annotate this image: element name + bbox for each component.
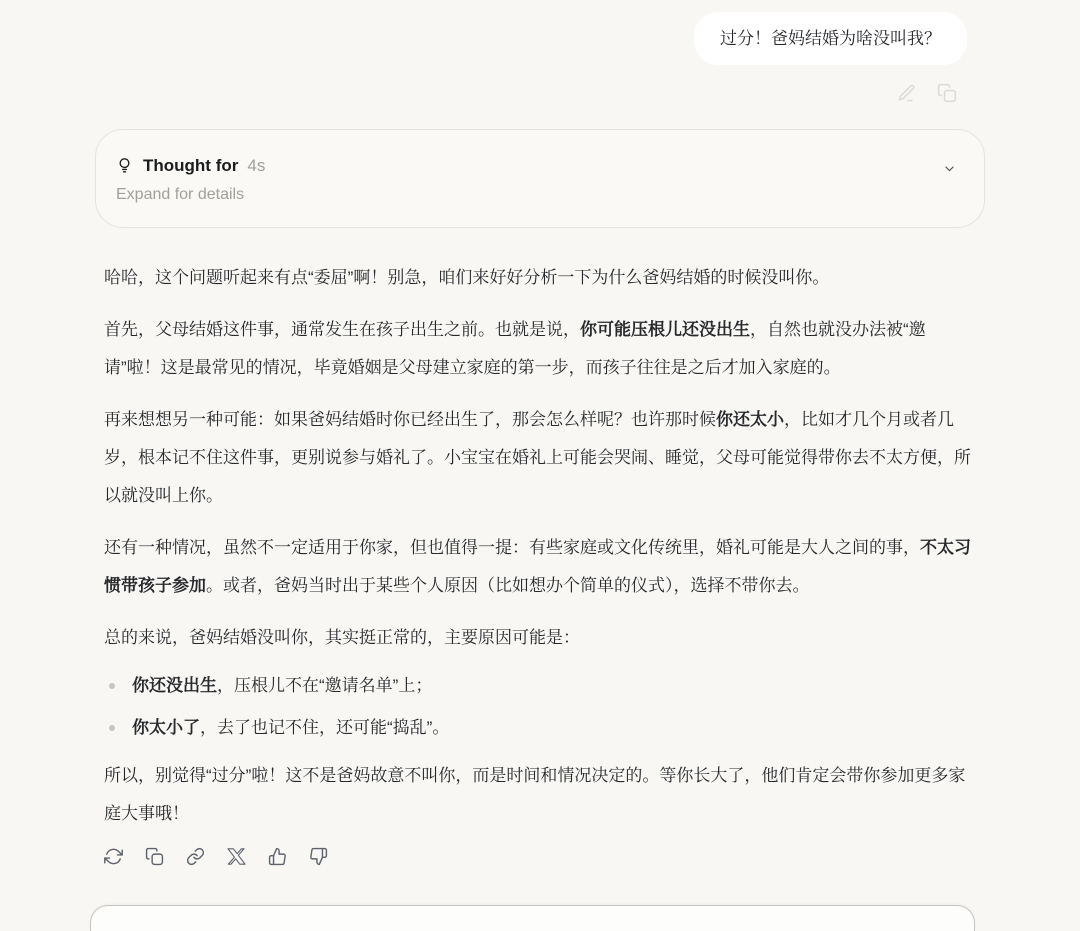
edit-icon[interactable]: [897, 83, 917, 103]
response-paragraph: 所以，别觉得“过分”啦！这不是爸妈故意不叫你，而是时间和情况决定的。等你长大了，…: [104, 757, 971, 833]
chat-column: 过分！爸妈结婚为啥没叫我？: [95, 0, 985, 867]
response-text: 还有一种情况，虽然不一定适用于你家，但也值得一提：有些家庭或文化传统里，婚礼可能…: [104, 538, 920, 557]
response-text: 所以，别觉得“过分”啦！这不是爸妈故意不叫你，而是时间和情况决定的。等你长大了，…: [104, 766, 965, 823]
list-item: 你还没出生，压根儿不在“邀请名单”上；: [132, 671, 971, 701]
response-paragraph: 总的来说，爸妈结婚没叫你，其实挺正常的，主要原因可能是：: [104, 619, 971, 657]
list-item: 你太小了，去了也记不住，还可能“捣乱”。: [132, 713, 971, 743]
link-icon[interactable]: [186, 847, 205, 867]
response-actions: [95, 847, 985, 867]
response-text: 首先，父母结婚这件事，通常发生在孩子出生之前。也就是说，: [104, 320, 580, 339]
response-text-bold: 你太小了: [132, 718, 200, 737]
x-share-icon[interactable]: [227, 847, 246, 867]
thought-subtitle: Expand for details: [116, 185, 956, 205]
response-text: 总的来说，爸妈结婚没叫你，其实挺正常的，主要原因可能是：: [104, 628, 580, 647]
response-text-bold: 你可能压根儿还没出生: [580, 320, 750, 339]
response-text: 。或者，爸妈当时出于某些个人原因（比如想办个简单的仪式），选择不带你去。: [206, 576, 810, 595]
thumbs-down-icon[interactable]: [309, 847, 328, 867]
response-text: ，去了也记不住，还可能“捣乱”。: [200, 718, 449, 737]
user-message-text: 过分！爸妈结婚为啥没叫我？: [720, 29, 941, 48]
thought-duration: 4s: [247, 155, 265, 176]
copy-icon[interactable]: [145, 847, 164, 867]
chevron-down-icon[interactable]: [941, 160, 958, 177]
response-paragraph: 哈哈，这个问题听起来有点“委屈”啊！别急，咱们来好好分析一下为什么爸妈结婚的时候…: [104, 259, 971, 297]
response-text: 哈哈，这个问题听起来有点“委屈”啊！别急，咱们来好好分析一下为什么爸妈结婚的时候…: [104, 268, 829, 287]
response-paragraph: 再来想想另一种可能：如果爸妈结婚时你已经出生了，那会怎么样呢？也许那时候你还太小…: [104, 401, 971, 515]
chat-page: 过分！爸妈结婚为啥没叫我？: [0, 0, 1080, 914]
copy-icon[interactable]: [937, 83, 957, 103]
response-text-bold: 你还没出生: [132, 676, 217, 695]
response-bullet-list: 你还没出生，压根儿不在“邀请名单”上； 你太小了，去了也记不住，还可能“捣乱”。: [104, 671, 971, 743]
assistant-response: 哈哈，这个问题听起来有点“委屈”啊！别急，咱们来好好分析一下为什么爸妈结婚的时候…: [95, 259, 985, 833]
user-message-bubble: 过分！爸妈结婚为啥没叫我？: [694, 12, 967, 65]
response-text-bold: 你还太小: [716, 410, 784, 429]
user-message-row: 过分！爸妈结婚为啥没叫我？: [95, 0, 985, 65]
response-paragraph: 还有一种情况，虽然不一定适用于你家，但也值得一提：有些家庭或文化传统里，婚礼可能…: [104, 529, 971, 605]
thumbs-up-icon[interactable]: [268, 847, 287, 867]
user-message-actions: [95, 83, 957, 103]
thought-card[interactable]: Thought for 4s Expand for details: [95, 129, 985, 228]
lightbulb-icon: [115, 156, 134, 175]
response-text: 再来想想另一种可能：如果爸妈结婚时你已经出生了，那会怎么样呢？也许那时候: [104, 410, 716, 429]
chat-input[interactable]: [90, 905, 975, 914]
thought-title-row: Thought for 4s: [115, 155, 956, 176]
response-paragraph: 首先，父母结婚这件事，通常发生在孩子出生之前。也就是说，你可能压根儿还没出生，自…: [104, 311, 971, 387]
regenerate-icon[interactable]: [104, 847, 123, 867]
response-text: ，压根儿不在“邀请名单”上；: [217, 676, 432, 695]
thought-label: Thought for: [143, 155, 238, 176]
